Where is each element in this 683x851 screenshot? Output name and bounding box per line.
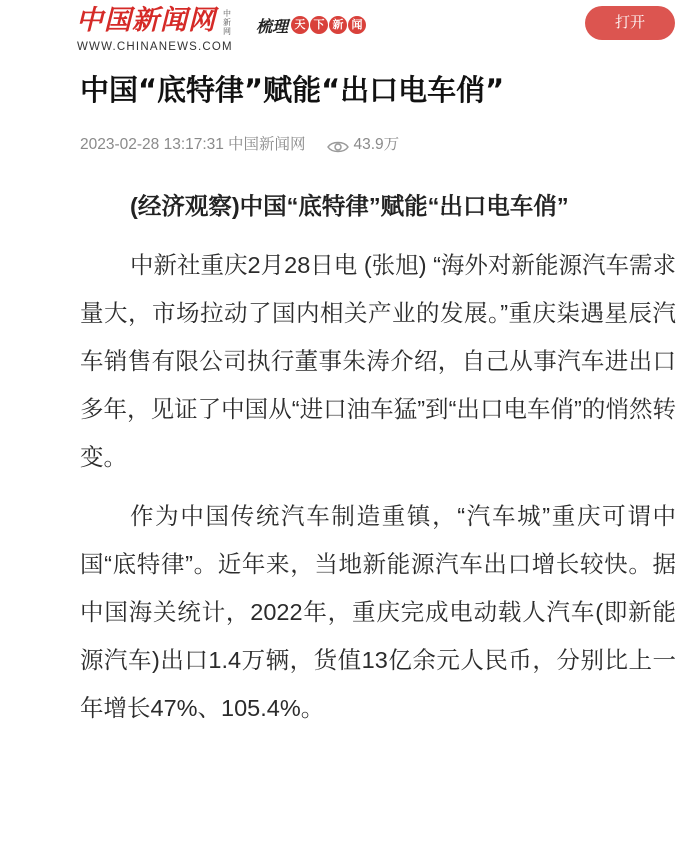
slogan-prefix: 梳理 bbox=[256, 14, 288, 37]
slogan-chip: 新 bbox=[329, 16, 347, 34]
publish-timestamp: 2023-02-28 13:17:31 bbox=[80, 133, 224, 157]
logo-url: WWW.CHINANEWS.COM bbox=[77, 41, 233, 53]
slogan-banner: 梳理 天 下 新 闻 bbox=[256, 14, 367, 36]
article-subhead: (经济观察)中国“底特律”赋能“出口电车俏” bbox=[80, 182, 676, 230]
logo-side-text: 中新网 bbox=[222, 9, 232, 36]
article-source: 中国新闻网 bbox=[228, 133, 306, 157]
slogan-chip: 闻 bbox=[348, 16, 366, 34]
article-title: 中国“底特律”赋能“出口电车俏” bbox=[80, 66, 676, 114]
chinanews-logo[interactable]: 中国新闻网 中新网 WWW.CHINANEWS.COM bbox=[76, 5, 236, 55]
slogan-chip: 天 bbox=[291, 16, 309, 34]
open-app-button[interactable]: 打开 bbox=[585, 6, 675, 40]
view-count: 43.9万 bbox=[353, 133, 399, 157]
logo-wordmark: 中国新闻网 bbox=[76, 5, 216, 37]
eye-icon bbox=[327, 138, 349, 152]
slogan-chip: 下 bbox=[310, 16, 328, 34]
article: 中国“底特律”赋能“出口电车俏” 2023-02-28 13:17:31 中国新… bbox=[80, 66, 676, 743]
article-paragraph: 作为中国传统汽车制造重镇，“汽车城”重庆可谓中国“底特律”。近年来，当地新能源汽… bbox=[80, 492, 676, 732]
top-header: 中国新闻网 中新网 WWW.CHINANEWS.COM 梳理 天 下 新 闻 打… bbox=[0, 0, 683, 60]
article-paragraph: 中新社重庆2月28日电 (张旭) “海外对新能源汽车需求量大，市场拉动了国内相关… bbox=[80, 241, 676, 481]
article-meta: 2023-02-28 13:17:31 中国新闻网 43.9万 bbox=[80, 133, 676, 157]
article-body: (经济观察)中国“底特律”赋能“出口电车俏” 中新社重庆2月28日电 (张旭) … bbox=[80, 182, 676, 732]
